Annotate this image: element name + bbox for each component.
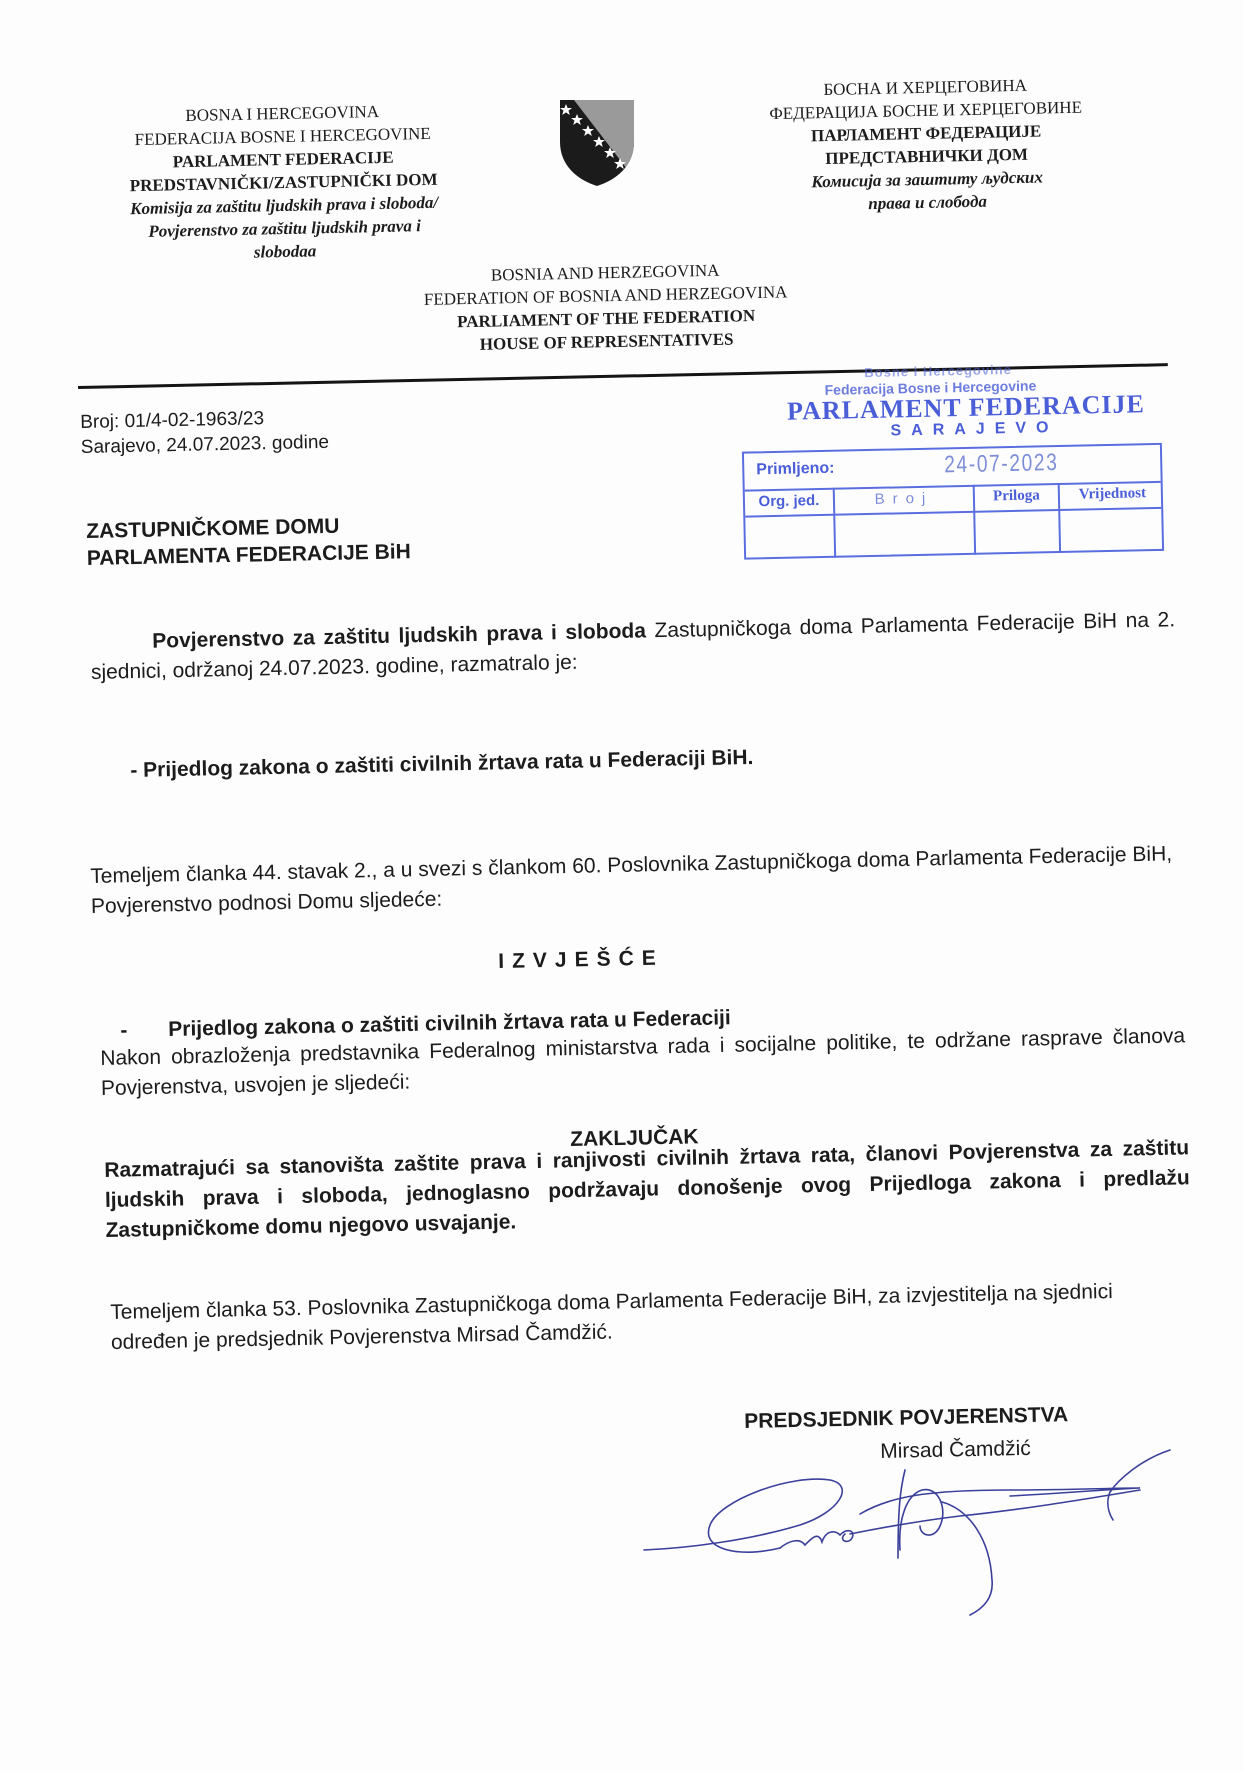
stamp-col-label: Org. jed. xyxy=(745,492,833,511)
header-left-latin: BOSNA I HERCEGOVINA FEDERACIJA BOSNE I H… xyxy=(92,98,475,267)
stamp-received-date: 24-07-2023 xyxy=(944,449,1059,479)
stamp-line-1: Bosne i Hercegovine xyxy=(864,362,1012,380)
stamp-col-label: Priloga xyxy=(975,487,1058,506)
stamp-table: Primljeno: 24-07-2023 Org. jed. Broj Pri… xyxy=(742,443,1164,560)
bullet-dash: - xyxy=(120,1015,169,1046)
legal-basis-paragraph: Temeljem članka 44. stavak 2., a u svezi… xyxy=(90,839,1176,922)
stamp-received-label: Primljeno: xyxy=(756,460,835,480)
conclusion-paragraph: Razmatrajući sa stanovišta zaštite prava… xyxy=(104,1133,1191,1246)
stamp-col-attachments: Priloga xyxy=(975,483,1061,555)
coat-of-arms-icon xyxy=(556,96,638,188)
stamp-col-number: Broj xyxy=(835,485,976,558)
place-date: Sarajevo, 24.07.2023. godine xyxy=(81,430,330,460)
document-page: BOSNA I HERCEGOVINA FEDERACIJA BOSNE I H… xyxy=(0,0,1243,1771)
addressee: ZASTUPNIČKOME DOMU PARLAMENTA FEDERACIJE… xyxy=(86,511,411,572)
agenda-item: - Prijedlog zakona o zaštiti civilnih žr… xyxy=(130,743,754,786)
intro-paragraph: Povjerenstvo za zaštitu ljudskih prava i… xyxy=(90,605,1176,688)
committee-name: Povjerenstvo za zaštitu ljudskih prava i… xyxy=(152,619,646,652)
stamp-col-org: Org. jed. xyxy=(745,488,836,560)
header-right-cyrillic: БОСНА И ХЕРЦЕГОВИНА ФЕДЕРАЦИЈА БОСНЕ И Х… xyxy=(730,72,1123,218)
stamp-col-label: Vrijednost xyxy=(1060,485,1165,504)
handwritten-signature-icon xyxy=(630,1430,1230,1630)
reference-block: Broj: 01/4-02-1963/23 Sarajevo, 24.07.20… xyxy=(80,405,329,460)
stamp-col-label: Broj xyxy=(835,489,973,509)
received-stamp: Bosne i Hercegovine Federacija Bosne i H… xyxy=(724,351,1168,570)
report-title: IZVJEŠĆE xyxy=(498,947,664,974)
rapporteur-paragraph: Temeljem članka 53. Poslovnika Zastupnič… xyxy=(110,1275,1196,1358)
stamp-col-value: Vrijednost xyxy=(1060,481,1166,553)
header-center-english: BOSNIA AND HERZEGOVINA FEDERATION OF BOS… xyxy=(375,256,837,358)
stamp-city: SARAJEVO xyxy=(890,419,1058,441)
addressee-line-2: PARLAMENTA FEDERACIJE BiH xyxy=(87,538,411,572)
